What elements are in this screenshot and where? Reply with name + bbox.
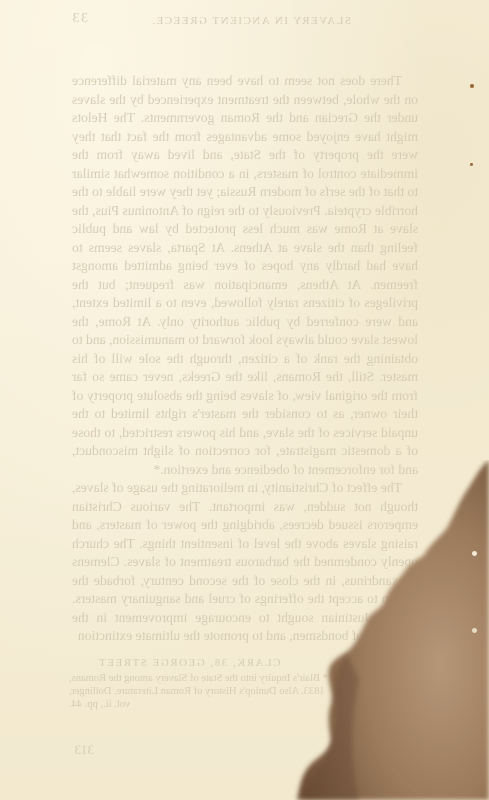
running-head: SLAVERY IN ANCIENT GREECE. 33 [71, 11, 411, 31]
running-head-title: SLAVERY IN ANCIENT GREECE. [151, 15, 351, 27]
paper-speck [470, 84, 474, 88]
page-number: 33 [71, 11, 88, 27]
scanned-page: SLAVERY IN ANCIENT GREECE. 33 There does… [0, 0, 489, 800]
paper-speck [472, 551, 477, 556]
water-stain [289, 460, 489, 800]
signature-mark: 313 [75, 742, 95, 758]
paragraph: There does not seem to have been any mat… [72, 72, 418, 479]
printer-imprint: CLARK, 38, GEORGE STREET [69, 657, 309, 669]
paper-speck [470, 163, 473, 166]
paper-speck [472, 628, 477, 633]
